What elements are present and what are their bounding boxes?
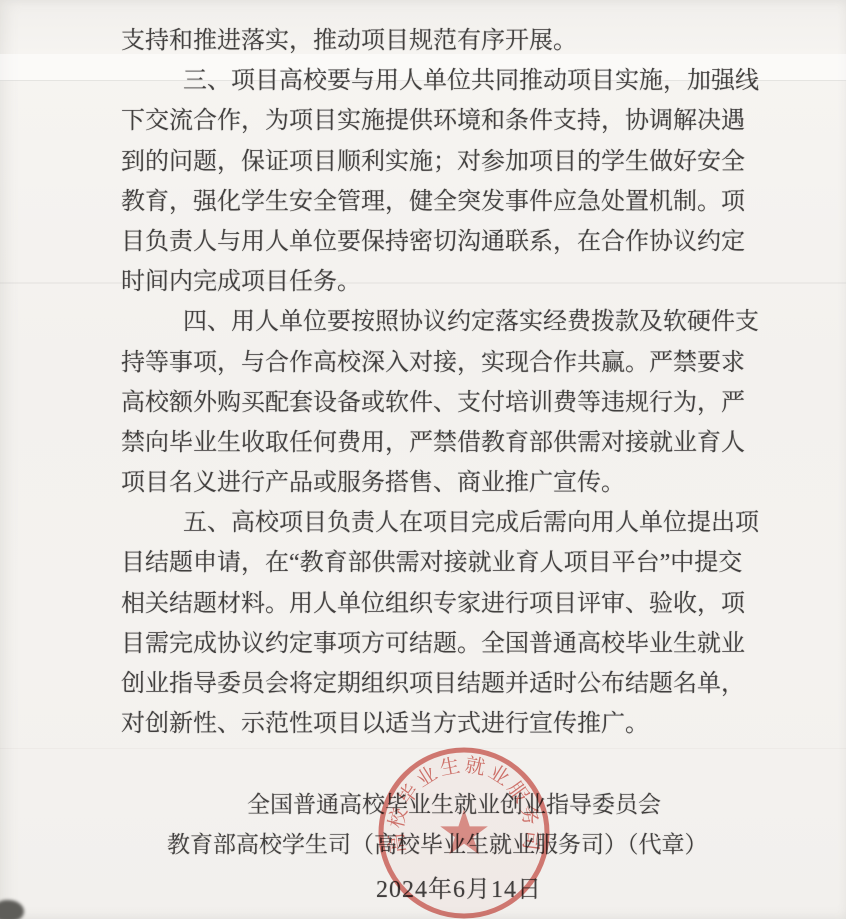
document-line: 教育，强化学生安全管理，健全突发事件应急处置机制。项 [121, 182, 761, 222]
document-line: 四、用人单位要按照协议约定落实经费拨款及软硬件支 [121, 302, 761, 342]
document-line: 支持和推进落实，推动项目规范有序开展。 [121, 21, 761, 61]
document-line: 持等事项，与合作高校深入对接，实现合作共赢。严禁要求 [121, 343, 761, 383]
document-line: 项目名义进行产品或服务搭售、商业推广宣传。 [121, 463, 761, 503]
signature-department: 教育部高校学生司（高校毕业生就业服务司）（代章） [167, 826, 708, 859]
scan-artifact-corner [0, 900, 24, 919]
scan-band-artifact [0, 748, 846, 749]
document-line: 对创新性、示范性项目以适当方式进行宣传推广。 [121, 704, 761, 744]
document-line: 相关结题材料。用人单位组织专家进行项目评审、验收，项 [121, 584, 761, 624]
document-body: 支持和推进落实，推动项目规范有序开展。三、项目高校要与用人单位共同推动项目实施，… [121, 21, 761, 744]
document-line: 高校额外购买配套设备或软件、支付培训费等违规行为，严 [121, 383, 761, 423]
document-line: 目需完成协议约定事项方可结题。全国普通高校毕业生就业 [121, 624, 761, 664]
signature-committee: 全国普通高校毕业生就业创业指导委员会 [247, 786, 661, 819]
signature-date: 2024年6月14日 [376, 869, 542, 904]
document-line: 三、项目高校要与用人单位共同推动项目实施，加强线 [121, 61, 761, 101]
document-line: 五、高校项目负责人在项目完成后需向用人单位提出项 [121, 503, 761, 543]
document-page: 支持和推进落实，推动项目规范有序开展。三、项目高校要与用人单位共同推动项目实施，… [0, 0, 846, 919]
document-line: 到的问题，保证项目顺利实施；对参加项目的学生做好安全 [121, 142, 761, 182]
document-line: 目负责人与用人单位要保持密切沟通联系，在合作协议约定 [121, 222, 761, 262]
document-line: 禁向毕业生收取任何费用，严禁借教育部供需对接就业育人 [121, 423, 761, 463]
document-line: 创业指导委员会将定期组织项目结题并适时公布结题名单， [121, 664, 761, 704]
document-line: 目结题申请，在“教育部供需对接就业育人项目平台”中提交 [121, 543, 761, 583]
document-line: 时间内完成项目任务。 [121, 262, 761, 302]
document-line: 下交流合作，为项目实施提供环境和条件支持，协调解决遇 [121, 101, 761, 141]
